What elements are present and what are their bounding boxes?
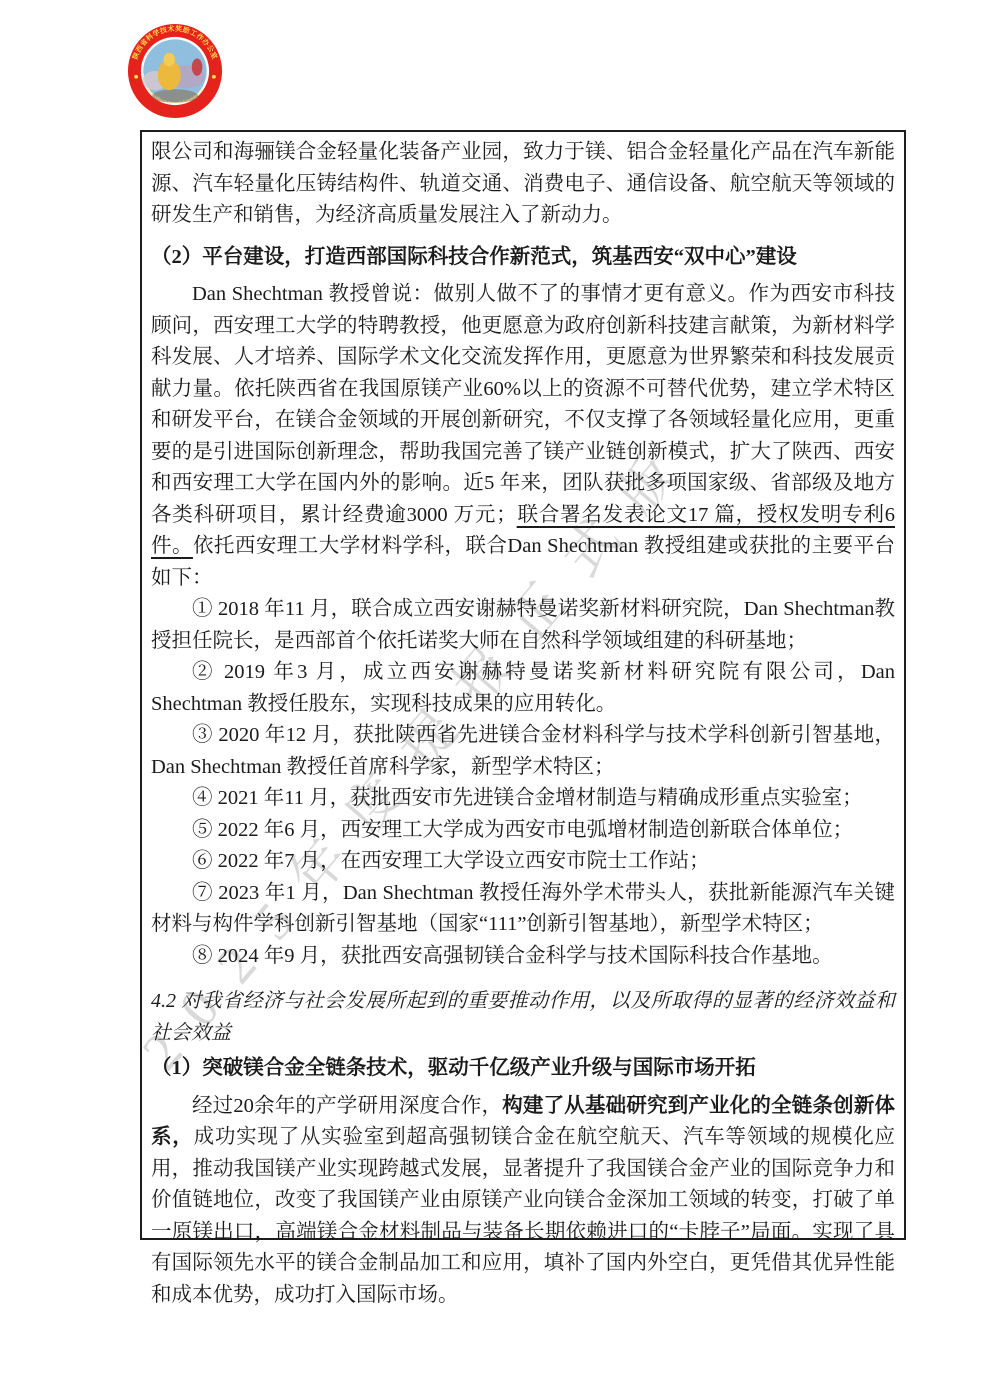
heading-breakthrough: （1）突破镁合金全链条技术，驱动千亿级产业升级与国际市场开拓 bbox=[151, 1053, 895, 1085]
milestone-item-2: ② 2019 年3 月，成立西安谢赫特曼诺奖新材料研究院有限公司，Dan She… bbox=[151, 657, 895, 720]
section-4-2-title: 4.2 对我省经济与社会发展所起到的重要推动作用，以及所取得的显著的经济效益和社… bbox=[151, 986, 895, 1049]
seal-photo-gold-statue-top bbox=[163, 53, 175, 66]
seal-photo-red-banner bbox=[192, 59, 203, 76]
heading-platform-construction: （2）平台建设，打造西部国际科技合作新范式，筑基西安“双中心”建设 bbox=[151, 242, 895, 274]
content-box: 限公司和海骊镁合金轻量化装备产业园，致力于镁、铝合金轻量化产品在汽车新能源、汽车… bbox=[140, 130, 906, 1240]
para-shechtman-part1: Dan Shechtman 教授曾说：做别人做不了的事情才更有意义。作为西安市科… bbox=[151, 283, 895, 526]
seal-star-left-icon bbox=[134, 75, 138, 79]
para-industry-park: 限公司和海骊镁合金轻量化装备产业园，致力于镁、铝合金轻量化产品在汽车新能源、汽车… bbox=[151, 137, 895, 232]
milestone-item-5: ⑤ 2022 年6 月，西安理工大学成为西安市电弧增材制造创新联合体单位； bbox=[151, 815, 895, 847]
para-shechtman-part2: 依托西安理工大学材料学科，联合Dan Shechtman 教授组建或获批的主要平… bbox=[151, 535, 895, 589]
milestone-item-1: ① 2018 年11 月，联合成立西安谢赫特曼诺奖新材料研究院，Dan Shec… bbox=[151, 594, 895, 657]
seal-star-right-icon bbox=[212, 75, 216, 79]
milestone-item-3: ③ 2020 年12 月，获批陕西省先进镁合金材料科学与技术学科创新引智基地，D… bbox=[151, 720, 895, 783]
para-impact-lead: 经过20余年的产学研用深度合作， bbox=[192, 1095, 502, 1117]
para-impact-rest: 成功实现了从实验室到超高强韧镁合金在航空航天、汽车等领域的规模化应用，推动我国镁… bbox=[151, 1126, 895, 1306]
milestone-item-7: ⑦ 2023 年1 月，Dan Shechtman 教授任海外学术带头人，获批新… bbox=[151, 878, 895, 941]
award-office-seal: 陕西省科学技术奖励工作办公室 Shaanxi Office Of Science… bbox=[127, 23, 223, 119]
para-shechtman-platforms: Dan Shechtman 教授曾说：做别人做不了的事情才更有意义。作为西安市科… bbox=[151, 279, 895, 594]
milestone-item-6: ⑥ 2022 年7 月，在西安理工大学设立西安市院士工作站； bbox=[151, 846, 895, 878]
para-industry-impact: 经过20余年的产学研用深度合作，构建了从基础研究到产业化的全链条创新体系，成功实… bbox=[151, 1091, 895, 1312]
seal-graphic-icon: 陕西省科学技术奖励工作办公室 Shaanxi Office Of Science… bbox=[127, 23, 223, 119]
milestone-item-8: ⑧ 2024 年9 月，获批西安高强韧镁合金科学与技术国际科技合作基地。 bbox=[151, 941, 895, 973]
milestone-item-4: ④ 2021 年11 月，获批西安市先进镁合金增材制造与精确成形重点实验室； bbox=[151, 783, 895, 815]
document-page: { "logo": { "ring_text_zh": "陕西省科学技术奖励工作… bbox=[0, 0, 990, 1399]
